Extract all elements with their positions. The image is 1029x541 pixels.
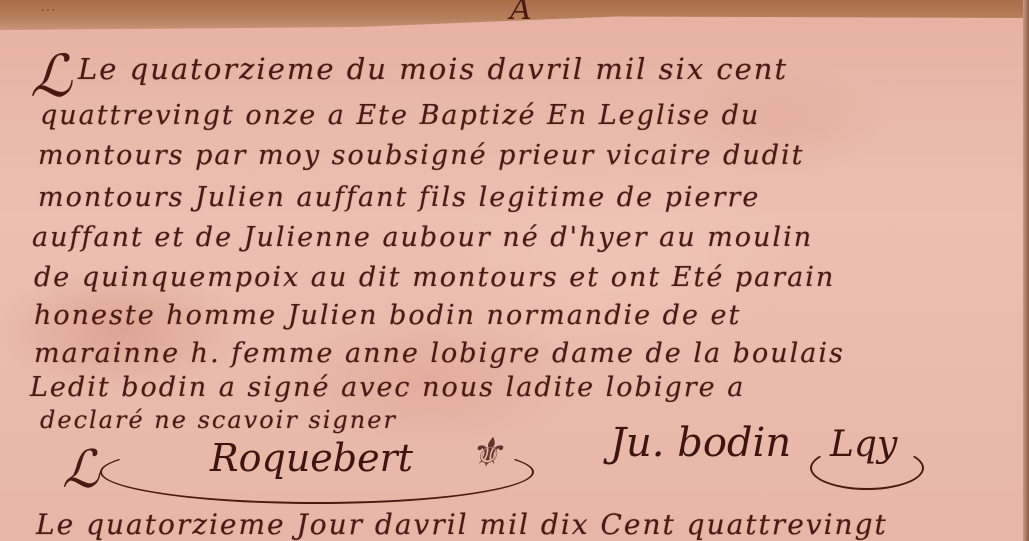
text-line-4: montours Julien auffant fils legitime de… (38, 182, 760, 213)
page-edge (1023, 0, 1029, 541)
previous-page-text: … (40, 0, 59, 15)
text-line-7: honeste homme Julien bodin normandie de … (34, 300, 741, 331)
text-line-3: montours par moy soubsigné prieur vicair… (38, 140, 805, 171)
text-line-5: auffant et de Julienne aubour né d'hyer … (32, 222, 813, 253)
margin-mark: A (510, 0, 532, 27)
signature-roquebert: Roquebert (210, 436, 413, 480)
text-line-10: declaré ne scavoir signer (40, 406, 397, 434)
next-entry-line: Le quatorzieme Jour davril mil dix Cent … (36, 508, 888, 541)
register-page: … A ℒ Le quatorzieme du mois davril mil … (0, 0, 1029, 541)
signature-flourish-L: ℒ (62, 440, 99, 500)
text-line-9: Ledit bodin a signé avec nous ladite lob… (30, 372, 745, 403)
signature-mark: ⚜ (468, 430, 504, 476)
paraph-flourish (810, 446, 924, 490)
text-line-1: Le quatorzieme du mois davril mil six ce… (78, 52, 788, 86)
text-line-8: marainne h. femme anne lobigre dame de l… (34, 338, 845, 369)
signature-julien-bodin: Ju. bodin (610, 420, 791, 466)
text-line-2: quattrevingt onze a Ete Baptizé En Legli… (40, 100, 760, 131)
text-line-6: de quinquempoix au dit montours et ont E… (34, 262, 835, 293)
